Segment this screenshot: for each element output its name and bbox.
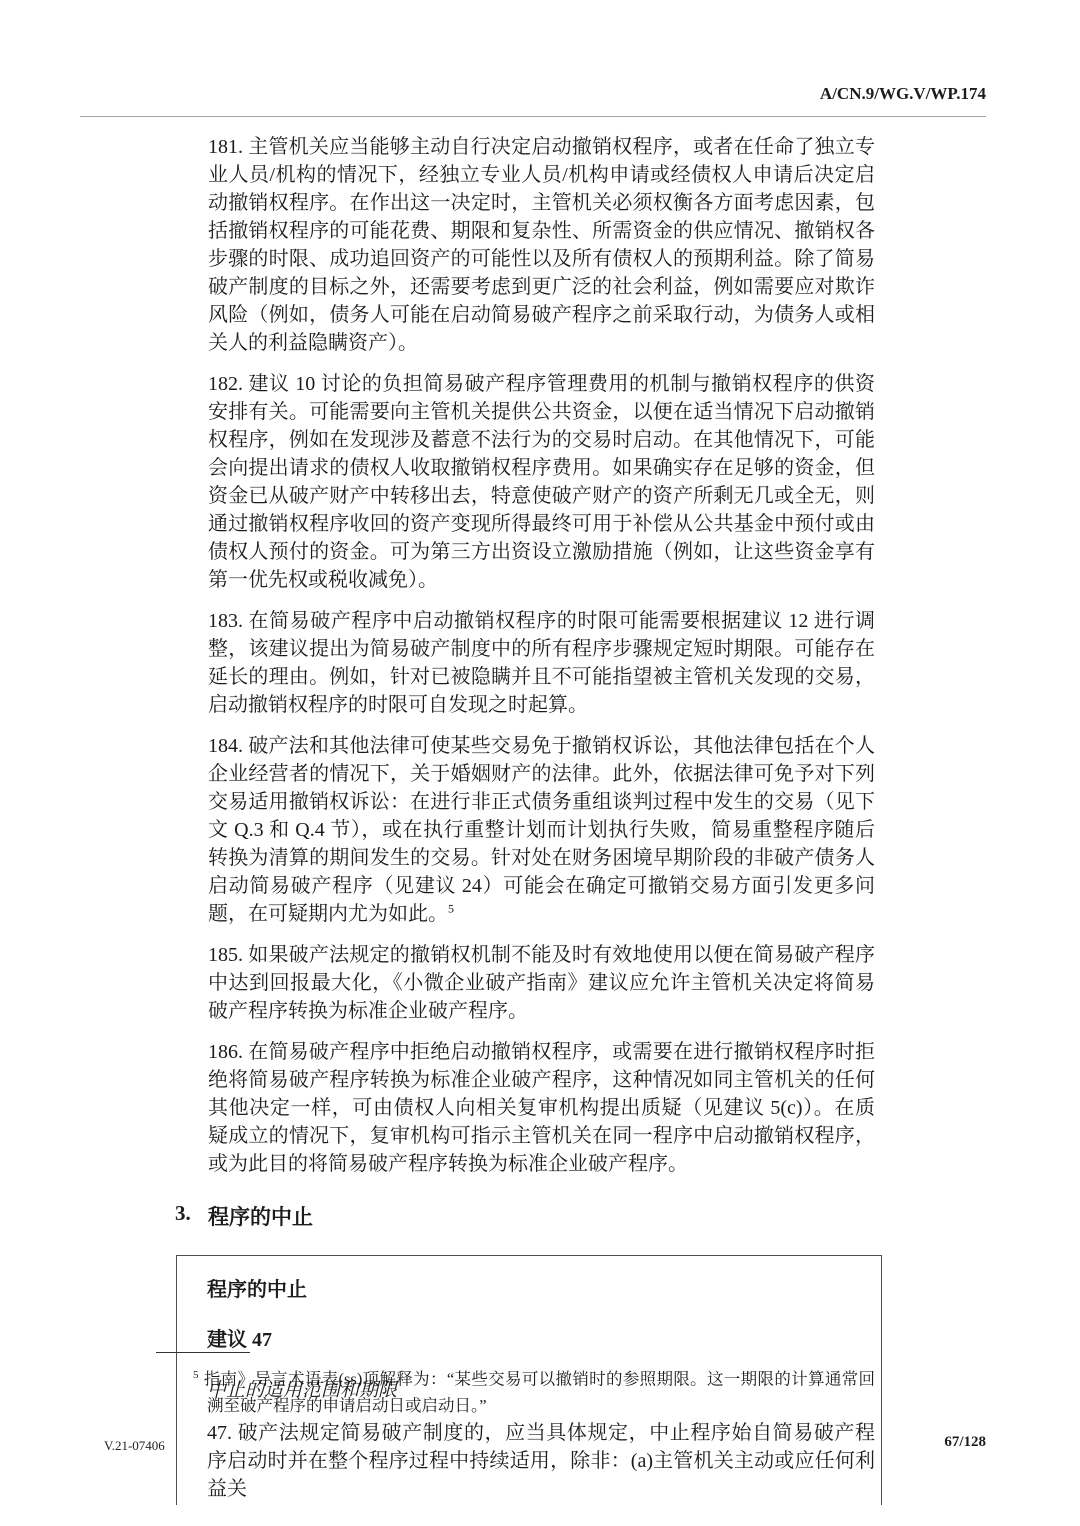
paragraph-183: 183. 在简易破产程序中启动撤销权程序的时限可能需要根据建议 12 进行调整，… — [208, 607, 875, 719]
section-number: 3. — [175, 1201, 208, 1231]
paragraph-181-text: 181. 主管机关应当能够主动自行决定启动撤销权程序，或者在任命了独立专业人员/… — [208, 136, 875, 354]
section-title: 程序的中止 — [208, 1201, 313, 1231]
paragraph-184-text: 184. 破产法和其他法律可使某些交易免于撤销权诉讼，其他法律包括在个人企业经营… — [208, 735, 875, 925]
footer-document-number: V.21-07406 — [104, 1438, 165, 1454]
paragraph-182-text: 182. 建议 10 讨论的负担简易破产程序管理费用的机制与撤销权程序的供资安排… — [208, 373, 875, 591]
paragraph-185-text: 185. 如果破产法规定的撤销权机制不能及时有效地使用以便在简易破产程序中达到回… — [208, 944, 875, 1022]
document-page: A/CN.9/WG.V/WP.174 181. 主管机关应当能够主动自行决定启动… — [0, 0, 1080, 1526]
paragraph-185: 185. 如果破产法规定的撤销权机制不能及时有效地使用以便在简易破产程序中达到回… — [208, 941, 875, 1025]
paragraph-181: 181. 主管机关应当能够主动自行决定启动撤销权程序，或者在任命了独立专业人员/… — [208, 133, 875, 357]
document-symbol: A/CN.9/WG.V/WP.174 — [820, 84, 986, 104]
header-rule — [80, 116, 986, 117]
paragraph-182: 182. 建议 10 讨论的负担简易破产程序管理费用的机制与撤销权程序的供资安排… — [208, 370, 875, 594]
footnote-5-marker: 5 — [193, 1369, 199, 1381]
footnote-5: 5指南》导言术语表(ss)项解释为：“某些交易可以撤销时的参照期限。这一期限的计… — [156, 1362, 875, 1419]
footnote-5-text: 指南》导言术语表(ss)项解释为：“某些交易可以撤销时的参照期限。这一期限的计算… — [204, 1370, 876, 1415]
paragraph-186-text: 186. 在简易破产程序中拒绝启动撤销权程序，或需要在进行撤销权程序时拒绝将简易… — [208, 1041, 875, 1175]
recommendation-label: 建议 47 — [207, 1323, 875, 1352]
paragraph-183-text: 183. 在简易破产程序中启动撤销权程序的时限可能需要根据建议 12 进行调整，… — [208, 610, 875, 716]
footnote-reference-5: 5 — [448, 901, 454, 915]
paragraph-186: 186. 在简易破产程序中拒绝启动撤销权程序，或需要在进行撤销权程序时拒绝将简易… — [208, 1038, 875, 1178]
footer-page-number: 67/128 — [944, 1434, 986, 1451]
section-heading: 3. 程序的中止 — [175, 1201, 875, 1231]
footnote-area: 5指南》导言术语表(ss)项解释为：“某些交易可以撤销时的参照期限。这一期限的计… — [156, 1352, 875, 1419]
footnote-separator — [156, 1352, 250, 1353]
recommendation-47-text: 47. 破产法规定简易破产制度的，应当具体规定，中止程序始自简易破产程序启动时并… — [207, 1419, 875, 1503]
recommendation-box-title: 程序的中止 — [207, 1273, 875, 1302]
body-text-column: 181. 主管机关应当能够主动自行决定启动撤销权程序，或者在任命了独立专业人员/… — [208, 133, 875, 1505]
paragraph-184: 184. 破产法和其他法律可使某些交易免于撤销权诉讼，其他法律包括在个人企业经营… — [208, 732, 875, 928]
